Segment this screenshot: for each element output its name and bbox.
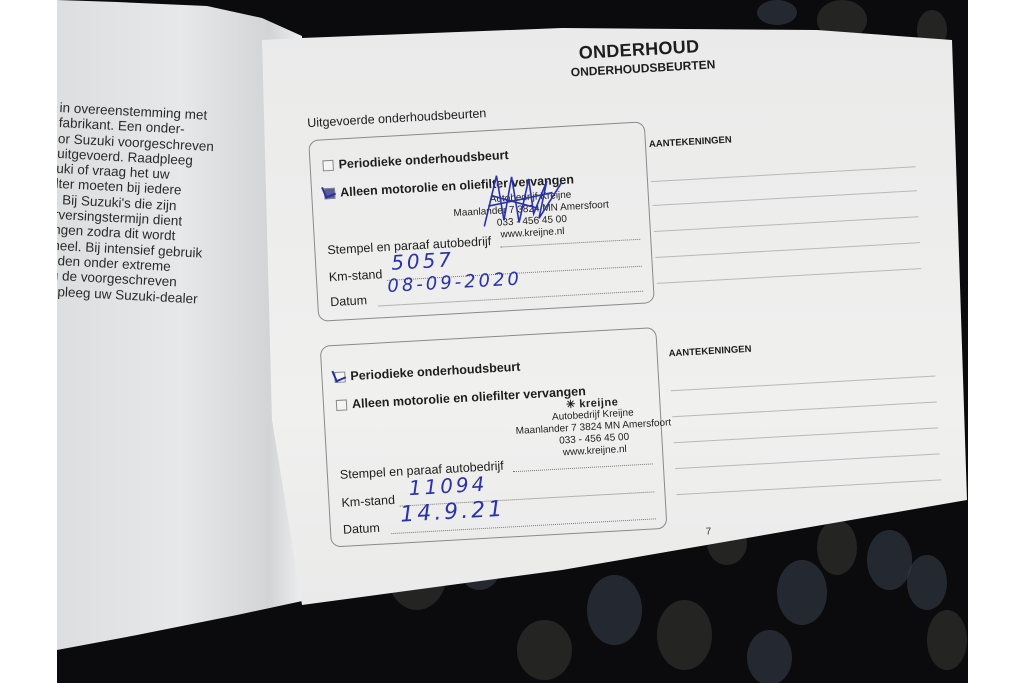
photo: in overeenstemming metfabrikant. Een ond… (57, 0, 968, 683)
note-line[interactable] (674, 427, 939, 443)
km-label: Km-stand (341, 493, 395, 510)
checkbox-checked-icon[interactable] (324, 187, 336, 199)
checkbox-icon[interactable] (336, 399, 348, 411)
dotted-line (513, 463, 653, 472)
notes-label: AANTEKENINGEN (668, 344, 751, 360)
km-value[interactable]: 5057 (391, 247, 455, 274)
note-line[interactable] (654, 216, 919, 232)
note-line[interactable] (671, 376, 936, 392)
maintenance-entry-2: Periodieke onderhoudsbeurt Alleen motoro… (320, 327, 668, 547)
dealer-stamp: ✳ kreijne Autobedrijf Kreijne Maanlander… (514, 393, 673, 462)
fabric-dot (927, 610, 967, 670)
note-line[interactable] (677, 479, 942, 495)
option-periodic[interactable]: Periodieke onderhoudsbeurt (334, 360, 521, 384)
checkbox-icon[interactable] (322, 159, 334, 171)
note-line[interactable] (675, 453, 940, 469)
section-label: Uitgevoerde onderhoudsbeurten (307, 106, 487, 130)
date-label: Datum (330, 293, 368, 309)
left-page-text: in overeenstemming metfabrikant. Een ond… (57, 100, 300, 311)
page-number: 7 (705, 526, 711, 537)
option-label: Periodieke onderhoudsbeurt (350, 360, 521, 383)
fabric-dot (907, 555, 947, 610)
note-line[interactable] (652, 190, 917, 206)
date-label: Datum (343, 521, 381, 537)
fabric-dot (587, 575, 642, 645)
date-value[interactable]: 14.9.21 (400, 497, 506, 528)
km-value[interactable]: 11094 (408, 472, 488, 500)
maintenance-form: ONDERHOUD ONDERHOUDSBEURTEN Uitgevoerde … (272, 0, 968, 589)
note-line[interactable] (655, 242, 920, 258)
maintenance-entry-1: Periodieke onderhoudsbeurt Alleen motoro… (308, 121, 655, 322)
note-line[interactable] (651, 166, 916, 182)
note-line[interactable] (672, 401, 937, 417)
note-line[interactable] (657, 268, 922, 284)
km-label: Km-stand (328, 267, 382, 284)
signature-icon (476, 162, 570, 242)
fabric-dot (517, 620, 572, 680)
notes-label: AANTEKENINGEN (649, 135, 732, 151)
fabric-dot (777, 560, 827, 625)
checkbox-checked-icon[interactable] (334, 371, 346, 383)
fabric-dot (657, 600, 712, 670)
fabric-dot (747, 630, 792, 683)
